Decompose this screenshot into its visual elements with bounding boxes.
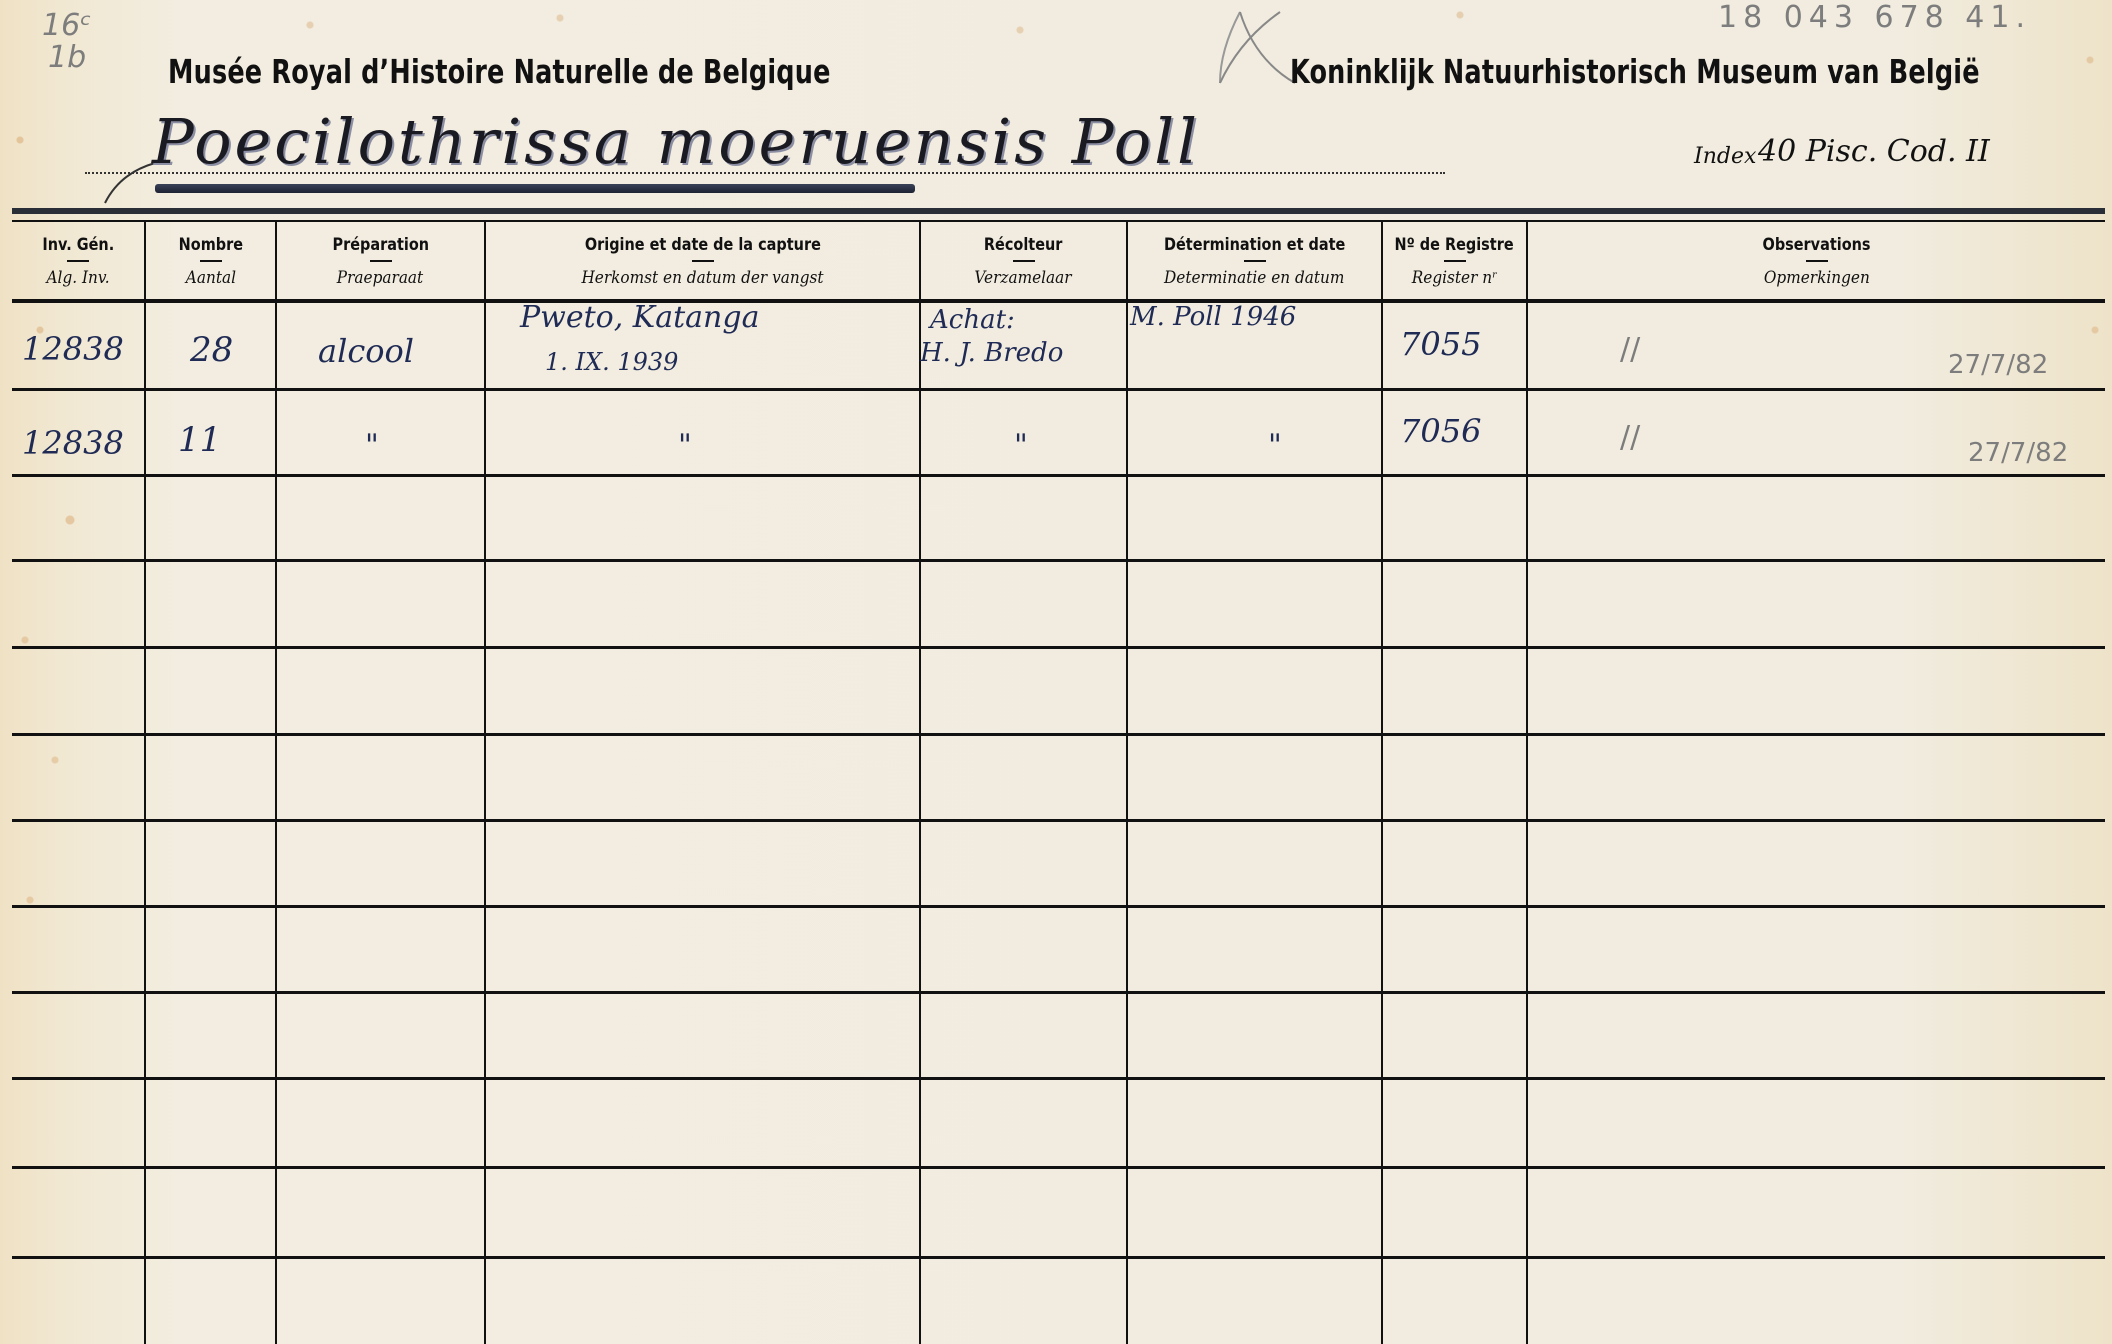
cell-observations-date: 27/7/82 bbox=[1948, 350, 2048, 380]
species-underline bbox=[155, 184, 915, 193]
header-nl: Praeparaat bbox=[337, 268, 423, 288]
row-divider bbox=[12, 388, 2105, 391]
cell-nombre: 28 bbox=[190, 330, 233, 370]
header-fr: Origine et date de la capture bbox=[584, 235, 820, 255]
corner-note-bottom: 1b bbox=[48, 40, 86, 75]
header-nl: Verzamelaar bbox=[975, 268, 1072, 288]
cell-preparation: alcool bbox=[318, 332, 414, 370]
cell-recolteur-line1: " bbox=[1014, 428, 1028, 463]
header-dash bbox=[1444, 260, 1466, 262]
cell-observations-mark: // bbox=[1620, 332, 1640, 367]
header-dash bbox=[1013, 260, 1035, 262]
header-fr: Observations bbox=[1762, 235, 1870, 255]
row-divider bbox=[12, 819, 2105, 822]
title-dutch: Koninklijk Natuurhistorisch Museum van B… bbox=[1290, 52, 1980, 91]
row-divider bbox=[12, 1256, 2105, 1259]
header-nl: Herkomst en datum der vangst bbox=[581, 268, 823, 288]
cell-observations-date: 27/7/82 bbox=[1968, 438, 2068, 468]
column-header-observations: Observations Opmerkingen bbox=[1528, 222, 2105, 301]
row-divider bbox=[12, 1077, 2105, 1080]
column-header-determination: Détermination et date Determinatie en da… bbox=[1128, 222, 1381, 301]
header-fr: Préparation bbox=[332, 235, 429, 255]
column-header-nombre: Nombre Aantal bbox=[146, 222, 275, 301]
cell-recolteur-line2: H. J. Bredo bbox=[920, 338, 1063, 368]
paper-stains bbox=[0, 0, 2112, 1344]
header-fr: Récolteur bbox=[984, 235, 1063, 255]
cell-origine-line1: " bbox=[678, 428, 692, 463]
row-divider bbox=[12, 733, 2105, 736]
cell-registre: 7055 bbox=[1400, 325, 1481, 363]
header-nl: Aantal bbox=[185, 268, 235, 288]
row-divider bbox=[12, 474, 2105, 477]
cell-observations-mark: // bbox=[1620, 420, 1640, 455]
header-fr: Inv. Gén. bbox=[42, 235, 114, 255]
header-dash bbox=[370, 260, 392, 262]
title-french: Musée Royal d’Histoire Naturelle de Belg… bbox=[168, 52, 831, 91]
row-divider bbox=[12, 905, 2105, 908]
header-nl: Determinatie en datum bbox=[1164, 268, 1344, 288]
column-header-preparation: Préparation Praeparaat bbox=[277, 222, 484, 301]
index-value: 40 Pisc. Cod. II bbox=[1758, 134, 1990, 169]
cell-registre: 7056 bbox=[1400, 412, 1481, 450]
cell-origine-line1: Pweto, Katanga bbox=[520, 300, 759, 335]
cell-inv: 12838 bbox=[22, 330, 124, 368]
pen-stroke-icon bbox=[100, 158, 160, 208]
row-divider bbox=[12, 559, 2105, 562]
species-name: Poecilothrissa moeruensis Poll bbox=[152, 105, 1200, 178]
header-dash bbox=[1806, 260, 1828, 262]
header-nl: Register nʳ bbox=[1412, 268, 1498, 288]
cell-inv: 12838 bbox=[22, 424, 124, 462]
column-header-inv: Inv. Gén. Alg. Inv. bbox=[12, 222, 144, 301]
column-header-recolteur: Récolteur Verzamelaar bbox=[921, 222, 1126, 301]
header-fr: Nº de Registre bbox=[1395, 235, 1514, 255]
row-divider bbox=[12, 1166, 2105, 1169]
header-fr: Nombre bbox=[178, 235, 242, 255]
cell-preparation: " bbox=[365, 428, 379, 463]
pencil-x-mark-icon bbox=[1210, 10, 1300, 85]
index-label: Index bbox=[1694, 144, 1756, 169]
table-top-thick-rule bbox=[12, 208, 2105, 214]
header-dash bbox=[200, 260, 222, 262]
row-divider bbox=[12, 646, 2105, 649]
cell-origine-line2: 1. IX. 1939 bbox=[545, 348, 678, 376]
header-dash bbox=[67, 260, 89, 262]
cell-recolteur-line1: Achat: bbox=[930, 305, 1015, 335]
header-nl: Opmerkingen bbox=[1764, 268, 1870, 288]
top-right-number: 18 043 678 41. bbox=[1718, 0, 2031, 35]
cell-determination: " bbox=[1268, 428, 1282, 463]
corner-note-top: 16ᶜ bbox=[42, 8, 91, 43]
header-fr: Détermination et date bbox=[1164, 235, 1345, 255]
header-dash bbox=[1244, 260, 1266, 262]
cell-nombre: 11 bbox=[178, 420, 221, 460]
column-header-registre: Nº de Registre Register nʳ bbox=[1383, 222, 1526, 301]
column-header-origine: Origine et date de la capture Herkomst e… bbox=[486, 222, 919, 301]
cell-determination: M. Poll 1946 bbox=[1130, 302, 1296, 332]
header-nl: Alg. Inv. bbox=[46, 268, 109, 288]
row-divider bbox=[12, 991, 2105, 994]
header-dash bbox=[692, 260, 714, 262]
